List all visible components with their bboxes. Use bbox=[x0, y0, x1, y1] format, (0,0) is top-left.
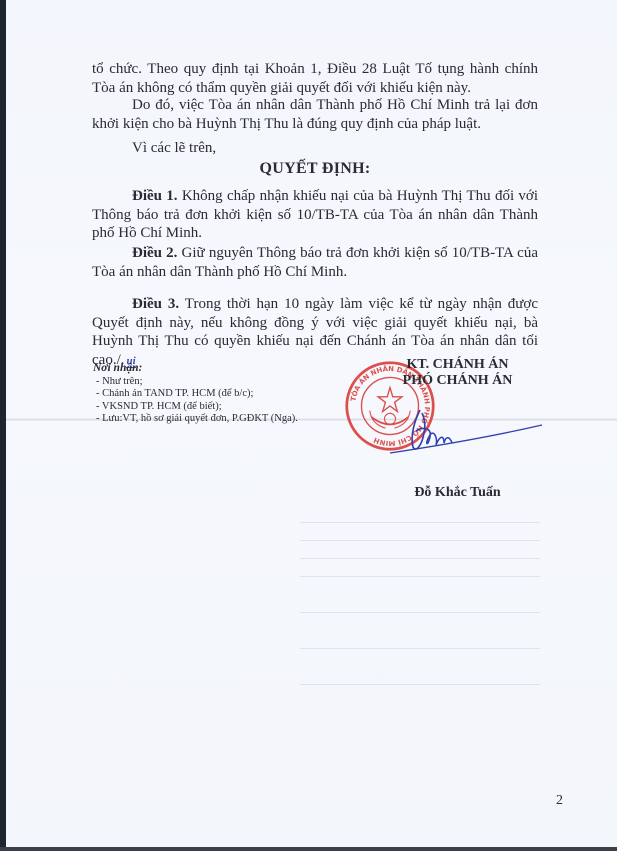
paragraph-conclusion: Do đó, việc Tòa án nhân dân Thành phố Hồ… bbox=[92, 96, 538, 133]
paragraph-preamble: Vì các lẽ trên, bbox=[92, 139, 538, 158]
recipient-item: - Như trên; bbox=[93, 376, 343, 389]
bleed-through bbox=[300, 522, 540, 523]
bleed-through bbox=[300, 576, 540, 577]
scan-bottom-edge bbox=[0, 847, 617, 851]
document-page: tổ chức. Theo quy định tại Khoản 1, Điều… bbox=[0, 0, 617, 851]
paragraph-continuation: tổ chức. Theo quy định tại Khoản 1, Điều… bbox=[92, 60, 538, 97]
bleed-through bbox=[300, 648, 540, 649]
recipient-item: - VKSND TP. HCM (để biết); bbox=[93, 401, 343, 414]
recipient-item: - Chánh án TAND TP. HCM (để b/c); bbox=[93, 388, 343, 401]
recipients-label: Nơi nhận: bbox=[93, 362, 343, 375]
page-number: 2 bbox=[556, 793, 563, 809]
bleed-through bbox=[300, 540, 540, 541]
article-1: Điều 1. Không chấp nhận khiếu nại của bà… bbox=[92, 187, 538, 243]
article-2: Điều 2. Giữ nguyên Thông báo trả đơn khở… bbox=[92, 244, 538, 281]
decision-title: QUYẾT ĐỊNH: bbox=[92, 160, 538, 179]
bleed-through bbox=[300, 558, 540, 559]
article-label: Điều 2. bbox=[132, 245, 177, 261]
signer-title: KT. CHÁNH ÁN PHÓ CHÁNH ÁN bbox=[370, 357, 545, 389]
recipient-item: - Lưu:VT, hồ sơ giải quyết đơn, P.GĐKT (… bbox=[93, 413, 343, 426]
bleed-through bbox=[300, 684, 540, 685]
article-label: Điều 1. bbox=[132, 188, 178, 204]
signer-line-1: KT. CHÁNH ÁN bbox=[370, 357, 545, 373]
signer-name: Đỗ Khắc Tuấn bbox=[370, 485, 545, 501]
signer-line-2: PHÓ CHÁNH ÁN bbox=[370, 373, 545, 389]
article-label: Điều 3. bbox=[132, 296, 179, 312]
recipients-block: Nơi nhận: - Như trên; - Chánh án TAND TP… bbox=[93, 362, 343, 426]
signature-icon bbox=[380, 405, 545, 455]
scan-left-edge bbox=[0, 0, 6, 851]
bleed-through bbox=[300, 612, 540, 613]
